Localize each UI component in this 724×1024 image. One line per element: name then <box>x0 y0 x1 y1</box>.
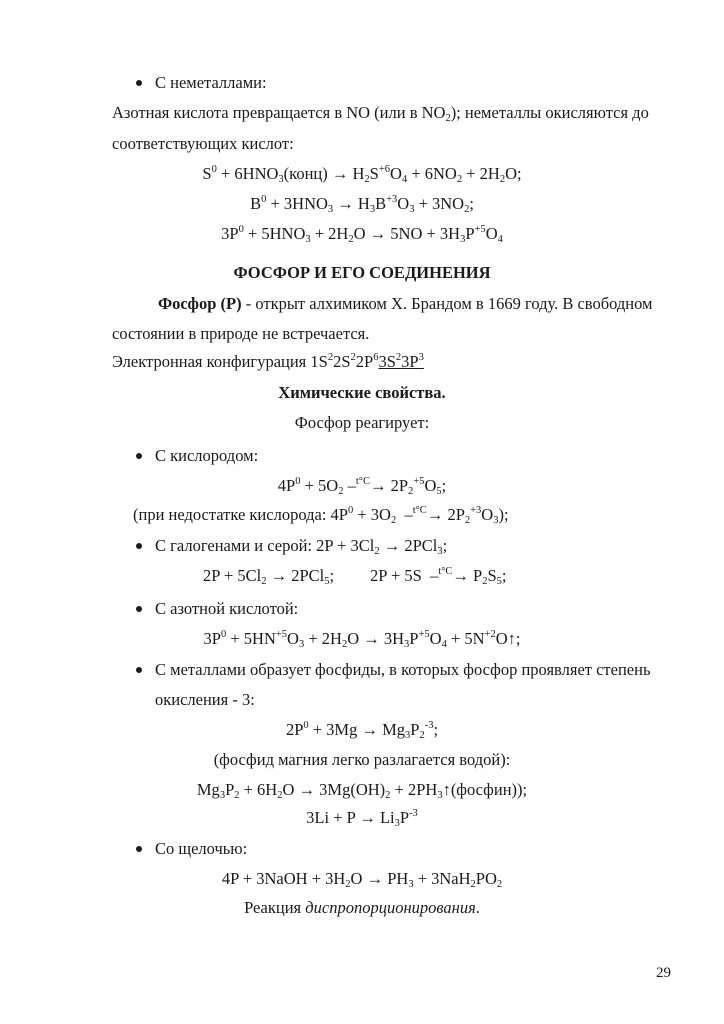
equation: 3P0 + 5HN+5O3 + 2H2O → 3H3P+5O4 + 5N+2O↑… <box>0 629 724 649</box>
note-text: Реакция <box>244 898 305 917</box>
list-item-nonmetals: С неметаллами: <box>155 73 267 93</box>
bold-term: Фосфор (Р) <box>158 294 242 313</box>
list-item-label: С галогенами и серой: <box>155 536 312 555</box>
equation: 4P + 3NaOH + 3H2O → PH3 + 3NaH2PO2 <box>0 869 724 889</box>
config-label: Электронная конфигурация <box>112 352 310 371</box>
note-line: (фосфид магния легко разлагается водой): <box>0 750 724 770</box>
paragraph-line: Азотная кислота превращается в NO (или в… <box>112 103 649 123</box>
list-item-nitric-acid: С азотной кислотой: <box>155 599 298 619</box>
bullet-icon <box>136 606 142 612</box>
paragraph-line: Фосфор (Р) - открыт алхимиком Х. Брандом… <box>158 294 653 314</box>
bullet-icon <box>136 453 142 459</box>
bullet-icon <box>136 846 142 852</box>
bullet-icon <box>136 667 142 673</box>
page-number: 29 <box>656 963 671 983</box>
paragraph-line: соответствующих кислот: <box>112 134 294 154</box>
equation: 3P0 + 5HNO3 + 2H2O → 5NO + 3H3P+5O4 <box>0 224 724 244</box>
equation: S0 + 6HNO3(конц) → H2S+6O4 + 6NO2 + 2H2O… <box>0 164 724 184</box>
paragraph-text: - открыт алхимиком Х. Брандом в 1669 год… <box>242 294 653 313</box>
electron-config: Электронная конфигурация 1S22S22P63S23P3 <box>112 352 424 372</box>
list-item-metals: С металлами образует фосфиды, в которых … <box>155 660 650 680</box>
list-item-metals-cont: окисления - 3: <box>155 690 255 710</box>
note-line: (при недостатке кислорода: 4P0 + 3O2 –t°… <box>133 505 509 525</box>
equation: 2P + 5Cl2 → 2PCl5; <box>203 566 334 586</box>
list-item-halogens: С галогенами и серой: 2P + 3Cl2 → 2PCl3; <box>155 536 447 556</box>
equation: Mg3P2 + 6H2O → 3Mg(OH)2 + 2PH3↑(фосфин))… <box>0 780 724 800</box>
list-item-oxygen: С кислородом: <box>155 446 258 466</box>
equation: B0 + 3HNO3 → H3B+3O3 + 3NO2; <box>0 194 724 214</box>
note-italic: диспропорционирования <box>305 898 476 917</box>
note-line: Реакция диспропорционирования. <box>0 898 724 918</box>
bullet-icon <box>136 543 142 549</box>
paragraph-line: состоянии в природе не встречается. <box>112 324 369 344</box>
equation: 4P0 + 5O2 –t°C→ 2P2+5O5; <box>0 476 724 496</box>
section-heading: ФОСФОР И ЕГО СОЕДИНЕНИЯ <box>0 263 724 283</box>
list-item-alkali: Со щелочью: <box>155 839 247 859</box>
equation: 3Li + P → Li3P-3 <box>0 808 724 828</box>
subheading: Химические свойства. <box>0 383 724 403</box>
bullet-icon <box>136 80 142 86</box>
intro-line: Фосфор реагирует: <box>0 413 724 433</box>
equation: 2P0 + 3Mg → Mg3P2-3; <box>0 720 724 740</box>
equation: 2P + 5S –t°C→ P2S5; <box>370 566 507 586</box>
